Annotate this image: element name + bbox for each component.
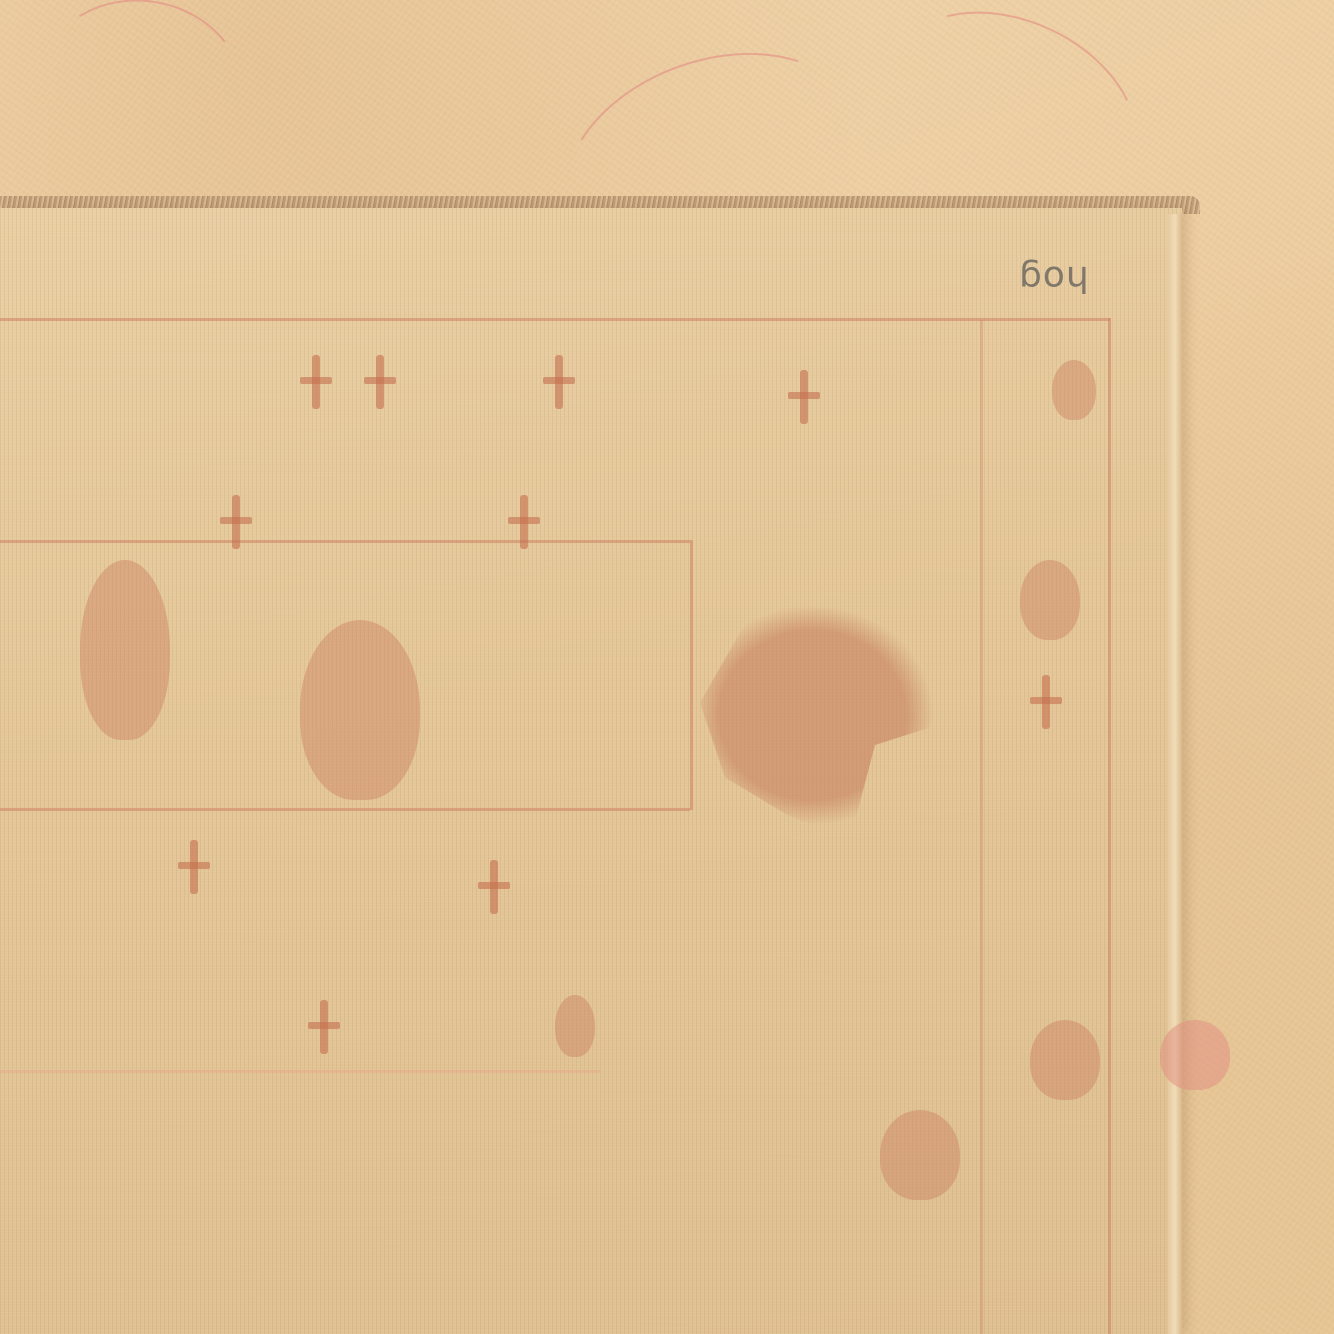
border-line [690,540,693,810]
cross-motif [490,860,498,914]
cross-motif [1042,675,1050,729]
weave-texture [0,208,1182,1334]
cross-motif [376,355,384,409]
cross-motif [312,355,320,409]
floral-motif [1020,560,1080,640]
rug-back-weave [0,208,1182,1334]
border-line [980,320,983,1334]
border-line [0,808,690,811]
floral-motif [555,995,595,1057]
rug-side-binding [1168,214,1182,1334]
rug-photo: hog [0,0,1334,1334]
floral-motif [1030,1020,1100,1100]
border-line [0,540,690,543]
cross-motif [520,495,528,549]
cross-motif [800,370,808,424]
floral-motif [1160,1020,1230,1090]
floral-motif [1052,360,1096,420]
floral-motif [80,560,170,740]
cross-motif [320,1000,328,1054]
cross-motif [232,495,240,549]
border-line [1108,318,1111,1334]
cross-motif [190,840,198,894]
border-line [0,1070,600,1073]
handwritten-label: hog [1018,258,1089,299]
cross-motif [555,355,563,409]
floral-motif [880,1110,960,1200]
floral-motif [300,620,420,800]
border-line [0,318,1110,321]
